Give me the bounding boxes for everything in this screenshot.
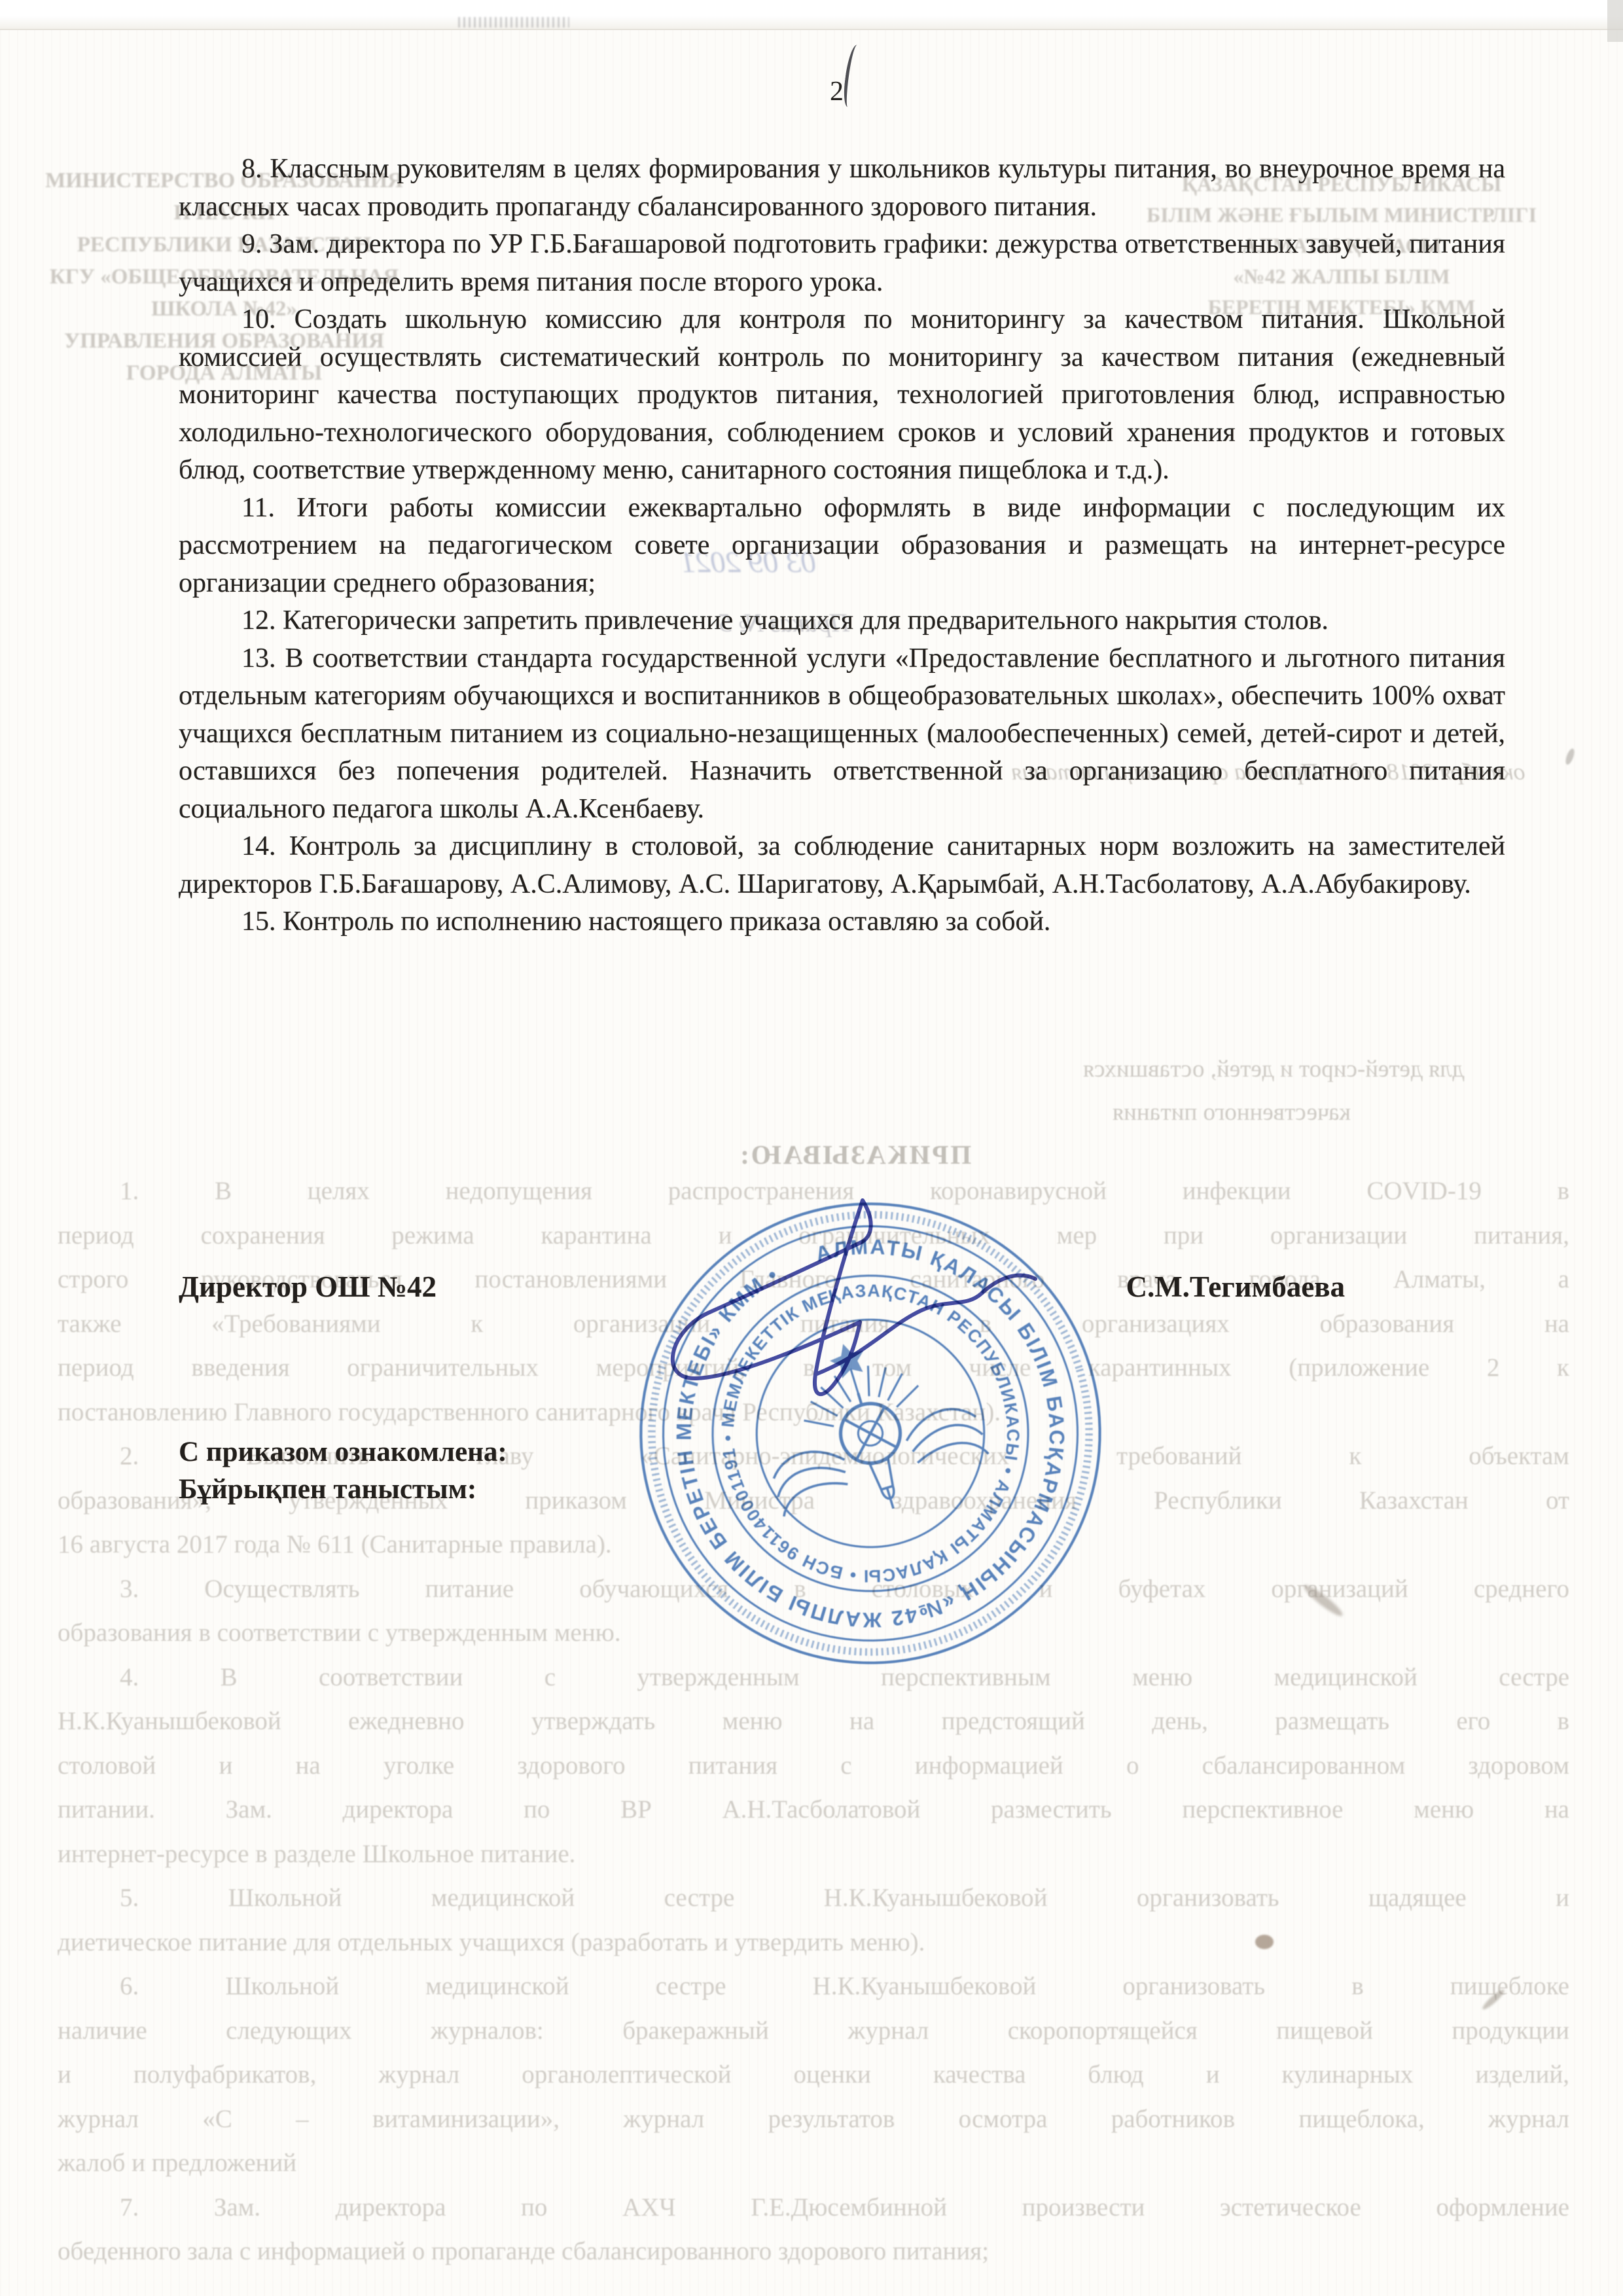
order-item-14: 14. Контроль за дисциплину в столовой, з… [179,828,1505,903]
bleed-fragment: качественного питания [1113,1098,1351,1126]
bleed-line: 5. Школьной медицинской сестре Н.К.Куаны… [58,1876,1569,1920]
scan-corner-shadow [1607,0,1623,42]
order-item-9: 9. Зам. директора по УР Г.Б.Бағашаровой … [179,226,1505,301]
bleed-line: жалоб и предложений [58,2141,1569,2185]
order-item-8: 8. Классным руковителям в целях формиров… [179,151,1505,226]
bleed-line: столовой и на уголке здорового питания с… [58,1744,1569,1788]
scanned-order-page: МИНИСТЕРСТВО ОБРАЗОВАНИЯ И НАУКИ РЕСПУБЛ… [0,0,1623,2296]
director-name: С.М.Тегимбаева [1126,1270,1345,1304]
order-item-12: 12. Категорически запретить привлечение … [179,602,1505,640]
bleed-line: и полуфабрикатов, журнал органолептическ… [58,2053,1569,2097]
bleed-line: наличие следующих журналов: бракеражный … [58,2009,1569,2053]
ink-mark [842,44,863,108]
order-item-13: 13. В соответствии стандарта государстве… [179,640,1505,829]
order-item-10: 10. Создать школьную комиссию для контро… [179,301,1505,490]
director-title: Директор ОШ №42 [179,1270,437,1304]
scanner-streaks [458,17,569,27]
scanner-edge [0,0,1623,30]
page-number: 2 [830,76,844,107]
bleed-line: интернет-ресурсе в разделе Школьное пита… [58,1832,1569,1876]
order-item-11: 11. Итоги работы комиссии ежеквартально … [179,490,1505,603]
ack-line-kz: Бұйрықпен таныстым: [179,1471,507,1508]
bleed-line: 6. Школьной медицинской сестре Н.К.Куаны… [58,1964,1569,2009]
bleed-fragment: для детей-сирот и детей, оставшихся [1083,1055,1464,1083]
order-item-15: 15. Контроль по исполнению настоящего пр… [179,903,1505,941]
bleed-line: 7. Зам. директора по АХЧ Г.Е.Дюсембинной… [58,2185,1569,2230]
ack-line-ru: С приказом ознакомлена: [179,1433,507,1471]
scan-smudge [1255,1935,1274,1949]
bleed-line: обеденного зала с информацией о пропаган… [58,2229,1569,2274]
bleed-line: диетическое питание для отдельных учащих… [58,1920,1569,1965]
director-signature-icon [615,1160,1113,1467]
order-items: 8. Классным руковителям в целях формиров… [179,151,1505,941]
acknowledgement-block: С приказом ознакомлена: Бұйрықпен таныст… [179,1433,507,1508]
scan-smudge [1564,747,1576,766]
scan-smudge [1301,1582,1346,1619]
scan-smudge [1480,1988,1506,2012]
bleed-line: Н.К.Куанышбековой ежедневно утверждать м… [58,1699,1569,1744]
bleed-line: питании. Зам. директора по ВР А.Н.Тасбол… [58,1787,1569,1832]
bleed-line: журнал «С – витаминизации», журнал резул… [58,2097,1569,2142]
